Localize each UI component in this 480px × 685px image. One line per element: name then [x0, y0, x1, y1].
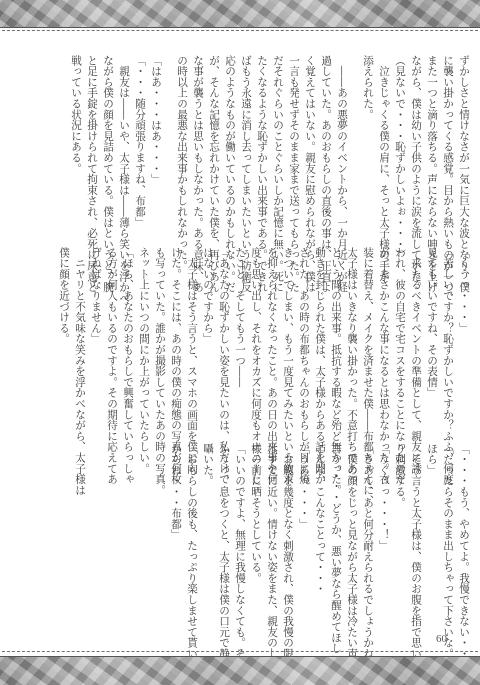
text-line: る方が何人もいるのですよ。その期待に応えてあ [104, 247, 120, 441]
text-line: と足に手錠を掛けられて拘束され、必死に尿意と [84, 55, 100, 249]
text-line: 来たるべきイベントの準備として、親友に誘 [408, 247, 424, 441]
text-line: 「くうっ・・・」 [456, 247, 472, 441]
text-tier-2: 「くうっ・・・」「苦しいですか？恥ずかしいですか？ふふ、何度見てもいいですね、そ… [8, 247, 472, 441]
text-line: 「あなたの恥ずかしい姿を見たいのは、私だけで [216, 247, 232, 441]
paragraph-gap [164, 55, 174, 249]
text-tier-3: 「・・・もう、やめてよ。我慢できない・・・」「だったらそのまま出しちゃって下さい… [8, 443, 472, 637]
text-line: 装に着替え、メイクを済ませた僕――布都ちゃんに、 [360, 247, 376, 441]
text-line: そう言うと太子様は、僕のお腹を指で思い切 [408, 443, 424, 637]
text-line: 「うぐぅっ・・・！」 [376, 443, 392, 637]
text-line: という間の出来事。抵抗する暇など殆ど無かった。 [328, 247, 344, 441]
text-line: 泣きじゃくる僕の肩に、そっと太子様の手が [376, 55, 392, 249]
text-line: 過していた。あのおもらしの直後の事は、正直よ [318, 55, 334, 249]
text-line: 「いいのですよ、無理に我慢しなくても。それに――」 [232, 443, 248, 637]
text-line: 「さあて、あと何分耐えられるでしょうかね。布都」 [360, 443, 376, 637]
text-line: 「・・・もう、やめてよ。我慢できない・・・」 [456, 443, 472, 637]
text-line: （見ないで・・・恥ずかしいよぉ・・・） [392, 55, 408, 249]
text-line: な事が襲うとは思いもしなかった。ある意味、あ [190, 55, 206, 249]
text-line: 一言も発せずそのまま家まで送ってもらった。た [286, 55, 302, 249]
text-line: 見てもいいですね、その表情」 [424, 247, 440, 441]
text-line: けた。そこには、あの時の僕の痴態の写真が何枚 [168, 247, 184, 441]
text-line: ニヤリと不気味な笑みを浮かべながら、太子様は [72, 247, 88, 441]
text-line: の時以上の最悪な出来事かもしれなかった。 [174, 55, 190, 249]
text-line: 「だったらそのまま出しちゃって下さいな。ほら [440, 443, 456, 637]
text-line: 度も思い出し、それをオカズに何度もオナニーし [248, 247, 264, 441]
text-line: きついてしまい、もう一度見てみたいという欲求 [280, 247, 296, 441]
text-line: 言う。・・・どうか、悪い夢なら醒めてほしい。 [328, 443, 344, 637]
text-line: ――あの悪夢のイベントから、一か月近くが経 [334, 55, 350, 249]
text-line: 僕の顔をじっと見ながら太子様は冷たい声で [344, 443, 360, 637]
text-line: はすでに近い。情けない姿をまた、親友の――太子 [264, 443, 280, 637]
text-line: 応のようなものが働いているのかもしれない。だ [222, 55, 238, 249]
text-line: 「うあっ・・・」 [296, 443, 312, 637]
header-floral-band [0, 0, 480, 28]
text-line: 様の前に晒そうとしている。 [248, 443, 264, 637]
text-line: ながら、僕は幼い子供のように涙を流していた。 [408, 55, 424, 249]
text-line: 動きを封じられた僕は、太子様からある話を聞か [312, 247, 328, 441]
text-line: に襲い掛かってくる感覚。目から熱いものが一つ、 [440, 55, 456, 249]
text-line: 太子様はそう言うと、スマホの画面を僕に向 [184, 247, 200, 441]
text-line: げねばなりません」 [88, 247, 104, 441]
footer-floral-band [0, 656, 480, 685]
text-line: 「おもらしの後も、たっぷり楽しませて貰います [184, 443, 200, 637]
text-line: を抑えられなくなったこと。あの日の出来事を何 [264, 247, 280, 441]
text-line: された。あの時の布都ちゃんのおもらしが目に焼 [296, 247, 312, 441]
text-line: はないのですから」 [200, 247, 216, 441]
text-line: 「・・・随分頑張りますね、布都」 [132, 55, 148, 249]
text-line: 囁いた。 [200, 443, 216, 637]
text-line: り刺激する。 [392, 443, 408, 637]
text-line: 「はあ・・・はあ・・・」 [148, 55, 164, 249]
text-line: お腹を幾度となく刺激され、僕の我慢の限界 [280, 443, 296, 637]
paragraph-gap [350, 55, 360, 249]
text-line: ずかしさと情けなさが一気に巨大な波となり、僕 [456, 55, 472, 249]
text-line: 添えられた。 [360, 55, 376, 249]
text-line: ふうっ、息をつくと、太子様は僕の口元で静かに [216, 443, 232, 637]
text-line: たこと。そしてもう一つ―― [232, 247, 248, 441]
text-line: も写っていた。誰かが撮影していたあの時の写真。 [152, 247, 168, 441]
text-line: ながら僕の顔を見詰めている。僕はというと、腕 [100, 55, 116, 249]
text-line: こんな、こんなことって・・・ [312, 443, 328, 637]
text-line: 「苦しいですか？恥ずかしいですか？ふふ、何度 [440, 247, 456, 441]
text-line: 太子様はいきなり襲い掛かった。不意打ちであっ [344, 247, 360, 441]
page-number: 60 [436, 633, 447, 645]
text-line: 「ほら、あなたのおもらしで興奮していらっしゃ [120, 247, 136, 441]
text-line: また一つと滴り落ちる。声にならない呻きを上げ [424, 55, 440, 249]
text-line: 親友は――いや、太子様は――薄ら笑いを浮かべ [116, 55, 132, 249]
text-line: だそれぐらいのことぐらいしか記憶に無い。死に [270, 55, 286, 249]
text-line: ほら」 [424, 443, 440, 637]
text-line: 戦っている状況にある。 [68, 55, 84, 249]
footer-dashed-rule [2, 651, 478, 652]
text-line: ネット上にいつの間にか上がっていたらしい。 [136, 247, 152, 441]
text-line: く覚えてはいない。親友に慰められながら、僕は [302, 55, 318, 249]
header-dashed-rule [2, 30, 478, 31]
text-line: たくなるような恥ずかしい出来事である。できれ [254, 55, 270, 249]
text-line: が、そんな記憶を忘れかけていた僕を、再びあん [206, 55, 222, 249]
text-line: われ、彼の自宅で宅コスをすることになったのだ [392, 247, 408, 441]
text-line: 僕に顔を近づける。 [56, 247, 72, 441]
text-tier-1: ずかしさと情けなさが一気に巨大な波となり、僕に襲い掛かってくる感覚。目から熱いも… [8, 55, 472, 249]
text-line: からね・・・布都」 [168, 443, 184, 637]
text-line: ばもう永遠に消し去ってしまいたいという防衛反 [238, 55, 254, 249]
text-line: が、まさかこんな事になるとは思わなかった。衣 [376, 247, 392, 441]
